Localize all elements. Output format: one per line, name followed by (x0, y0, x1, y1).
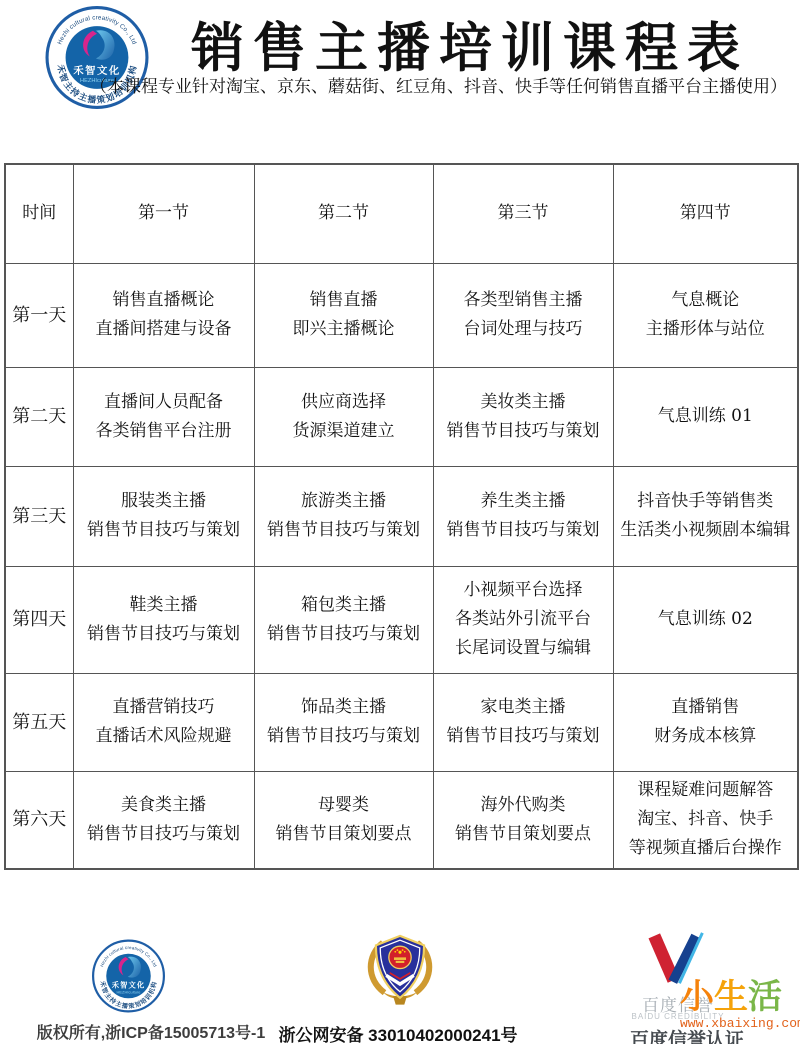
course-schedule-table: 时间 第一节 第二节 第三节 第四节 第一天 销售直播概论 直播间搭建与设备 销… (4, 163, 799, 870)
badge-star (398, 951, 401, 954)
badge-gate-base (396, 961, 405, 963)
table-cell: 海外代购类 销售节目策划要点 (433, 771, 613, 869)
table-row: 第三天 服装类主播 销售节目技巧与策划 旅游类主播 销售节目技巧与策划 养生类主… (5, 466, 798, 566)
row-label-day3: 第三天 (5, 466, 73, 566)
table-cell: 美妆类主播 销售节目技巧与策划 (433, 367, 613, 466)
table-cell: 供应商选择 货源渠道建立 (254, 367, 433, 466)
table-cell: 气息训练 01 (613, 367, 798, 466)
row-label-day2: 第二天 (5, 367, 73, 466)
watermark-char: 小 (680, 977, 714, 1017)
police-badge-icon (357, 927, 443, 1017)
police-record-text: 浙公网安备 33010402000241号 (270, 1021, 526, 1044)
watermark-text: 小生活 (680, 980, 800, 1014)
badge-star (404, 951, 406, 953)
watermark-char: 生 (714, 977, 748, 1017)
table-cell: 美食类主播 销售节目技巧与策划 (73, 771, 254, 869)
table-row: 第四天 鞋类主播 销售节目技巧与策划 箱包类主播 销售节目技巧与策划 小视频平台… (5, 566, 798, 673)
badge-star (402, 949, 404, 951)
table-cell: 小视频平台选择 各类站外引流平台 长尾词设置与编辑 (433, 566, 613, 673)
icp-copyright-text: 版权所有,浙ICP备15005713号-1 (28, 1020, 274, 1043)
table-row: 第五天 直播营销技巧 直播话术风险规避 饰品类主播 销售节目技巧与策划 家电类主… (5, 673, 798, 771)
table-row: 第一天 销售直播概论 直播间搭建与设备 销售直播 即兴主播概论 各类型销售主播 … (5, 263, 798, 367)
table-cell: 课程疑难问题解答 淘宝、抖音、快手 等视频直播后台操作 (613, 771, 798, 869)
table-cell: 直播销售 财务成本核算 (613, 673, 798, 771)
row-label-day5: 第五天 (5, 673, 73, 771)
row-label-day6: 第六天 (5, 771, 73, 869)
table-cell: 气息概论 主播形体与站位 (613, 263, 798, 367)
table-cell: 各类型销售主播 台词处理与技巧 (433, 263, 613, 367)
column-header-session3: 第三节 (433, 164, 613, 263)
table-cell: 箱包类主播 销售节目技巧与策划 (254, 566, 433, 673)
watermark-url: www.xbaixing.com (680, 1016, 800, 1031)
table-cell: 服装类主播 销售节目技巧与策划 (73, 466, 254, 566)
table-header-row: 时间 第一节 第二节 第三节 第四节 (5, 164, 798, 263)
column-header-session2: 第二节 (254, 164, 433, 263)
hezhi-logo-footer: Hezhi cultural creativity Co., Ltd 禾智主持主… (92, 935, 165, 1017)
table-cell: 销售直播 即兴主播概论 (254, 263, 433, 367)
table-cell: 抖音快手等销售类 生活类小视频剧本编辑 (613, 466, 798, 566)
table-cell: 气息训练 02 (613, 566, 798, 673)
column-header-time: 时间 (5, 164, 73, 263)
page-title: 销售主播培训课程表 (170, 6, 770, 82)
logo-name-cn: 禾智文化 (112, 981, 146, 990)
column-header-session1: 第一节 (73, 164, 254, 263)
baidu-v-left (654, 936, 673, 980)
column-header-session4: 第四节 (613, 164, 798, 263)
table-cell: 家电类主播 销售节目技巧与策划 (433, 673, 613, 771)
badge-gate (394, 957, 406, 960)
table-cell: 直播间人员配备 各类销售平台注册 (73, 367, 254, 466)
table-cell: 饰品类主播 销售节目技巧与策划 (254, 673, 433, 771)
table-row: 第六天 美食类主播 销售节目技巧与策划 母婴类 销售节目策划要点 海外代购类 销… (5, 771, 798, 869)
page-subtitle: （本课程专业针对淘宝、京东、蘑菇街、红豆角、抖音、快手等任何销售直播平台主播使用… (90, 72, 770, 97)
table-cell: 销售直播概论 直播间搭建与设备 (73, 263, 254, 367)
watermark: 小生活 www.xbaixing.com (680, 980, 800, 1031)
row-label-day1: 第一天 (5, 263, 73, 367)
logo-name-en: HEZHIculture (116, 990, 141, 995)
table-cell: 母婴类 销售节目策划要点 (254, 771, 433, 869)
table-cell: 旅游类主播 销售节目技巧与策划 (254, 466, 433, 566)
table-row: 第二天 直播间人员配备 各类销售平台注册 供应商选择 货源渠道建立 美妆类主播 … (5, 367, 798, 466)
table-cell: 直播营销技巧 直播话术风险规避 (73, 673, 254, 771)
badge-star (397, 949, 399, 951)
row-label-day4: 第四天 (5, 566, 73, 673)
table-cell: 鞋类主播 销售节目技巧与策划 (73, 566, 254, 673)
watermark-char: 活 (748, 977, 782, 1017)
table-cell: 养生类主播 销售节目技巧与策划 (433, 466, 613, 566)
badge-star (394, 951, 396, 953)
